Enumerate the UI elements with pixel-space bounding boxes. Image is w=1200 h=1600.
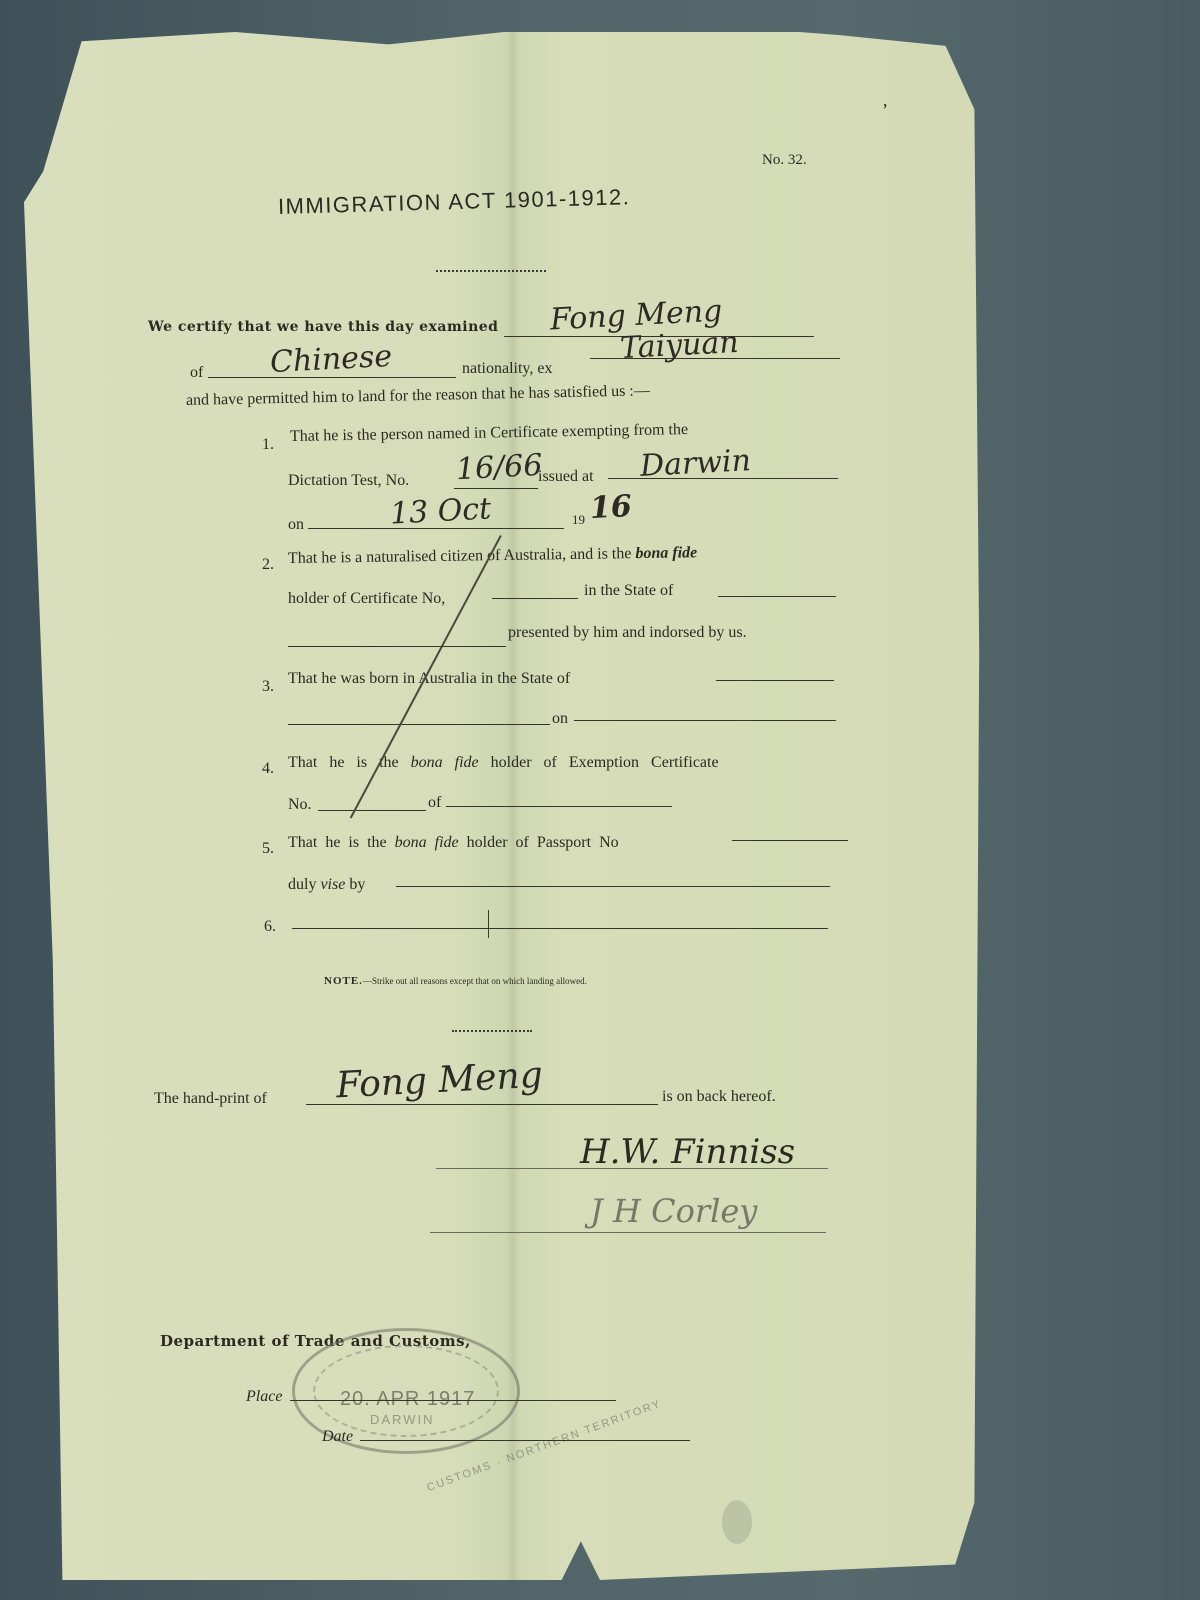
ink-mark: ʼ [882, 100, 888, 121]
decorative-divider-2 [452, 1030, 532, 1036]
stamp-city: DARWIN [370, 1412, 434, 1427]
reason-4-text: That he is the bona fide holder of Exemp… [288, 754, 719, 772]
certify-label: We certify that we have this day examine… [148, 319, 498, 335]
reason-6-line [292, 928, 828, 929]
nationality-line [208, 377, 456, 378]
presented-blank-line [288, 646, 506, 647]
note-body: —Strike out all reasons except that on w… [363, 976, 587, 986]
reason-5-number: 5. [262, 840, 274, 858]
vise-italic: vise [320, 876, 345, 893]
form-number: No. 32. [762, 152, 807, 169]
note-text: NOTE.—Strike out all reasons except that… [324, 975, 587, 987]
date-label: Date [322, 1428, 353, 1446]
year-prefix: 19 [572, 512, 585, 528]
thumbprint-smudge [722, 1500, 752, 1544]
cert-no-blank-line [492, 598, 578, 599]
handprint-suffix: is on back hereof. [662, 1088, 776, 1106]
on-label: on [288, 516, 304, 534]
place-label: Place [246, 1388, 282, 1406]
reason-5-text-a: That he is the [288, 834, 387, 851]
passport-no-line [732, 840, 848, 841]
decorative-divider [436, 270, 546, 276]
reason-2-number: 2. [262, 556, 274, 574]
exemption-of-label: of [428, 794, 441, 812]
cert-no-handwritten: 16/66 [455, 448, 543, 487]
issued-place-handwritten: Darwin [639, 443, 752, 484]
year-handwritten: 16 [589, 489, 633, 526]
duly-vise-label: duly vise by [288, 876, 365, 894]
exemption-of-line [446, 806, 672, 807]
exemption-no-line [318, 810, 426, 811]
state-of-label: in the State of [584, 582, 673, 600]
bona-fide-italic: bona fide [635, 544, 697, 562]
born-date-line-b [574, 720, 836, 721]
place-line [290, 1400, 616, 1401]
bona-fide-italic: bona fide [395, 834, 459, 851]
reason-2-text-a: That he is a naturalised citizen of Aust… [288, 545, 632, 567]
reason-1-number: 1. [262, 436, 274, 454]
born-on-label: on [552, 710, 568, 728]
duly-text: duly [288, 876, 316, 893]
dictation-test-label: Dictation Test, No. [288, 472, 409, 490]
signature-2: J H Corley [590, 1192, 757, 1230]
reason-4-text-c: holder of Exemption Certificate [491, 754, 719, 771]
signature-1: H.W. Finniss [580, 1132, 795, 1172]
reason-5-text-c: holder of Passport No [467, 834, 619, 851]
signature-line-2 [430, 1232, 826, 1233]
cert-no-line [454, 488, 538, 489]
bona-fide-italic: bona fide [411, 754, 479, 771]
born-state-line [716, 680, 834, 681]
born-date-line-a [288, 724, 550, 725]
handprint-prefix: The hand-print of [154, 1090, 267, 1108]
ship-handwritten: Taiyuan [619, 325, 739, 366]
vise-by-line [396, 886, 830, 887]
date-line [360, 1440, 690, 1441]
nationality-handwritten: Chinese [269, 339, 393, 380]
by-text: by [349, 876, 365, 893]
reason-3-number: 3. [262, 678, 274, 696]
note-label: NOTE. [324, 975, 363, 987]
state-blank-line [718, 596, 836, 597]
reason-6-number: 6. [264, 918, 276, 936]
presented-text: presented by him and indorsed by us. [508, 624, 747, 642]
issued-at-label: issued at [538, 468, 594, 486]
reason-4-number: 4. [262, 760, 274, 778]
certify-text: We certify that we have this day examine… [148, 318, 498, 336]
nationality-label: nationality, ex [462, 360, 553, 378]
reason-5-text: That he is the bona fide holder of Passp… [288, 834, 619, 852]
exemption-no-label: No. [288, 796, 312, 814]
of-label: of [190, 364, 203, 382]
holder-cert-label: holder of Certificate No, [288, 590, 445, 608]
on-date-handwritten: 13 Oct [389, 491, 492, 531]
reason-6-tick-mark [488, 910, 489, 938]
reason-3-text: That he was born in Australia in the Sta… [288, 670, 570, 688]
